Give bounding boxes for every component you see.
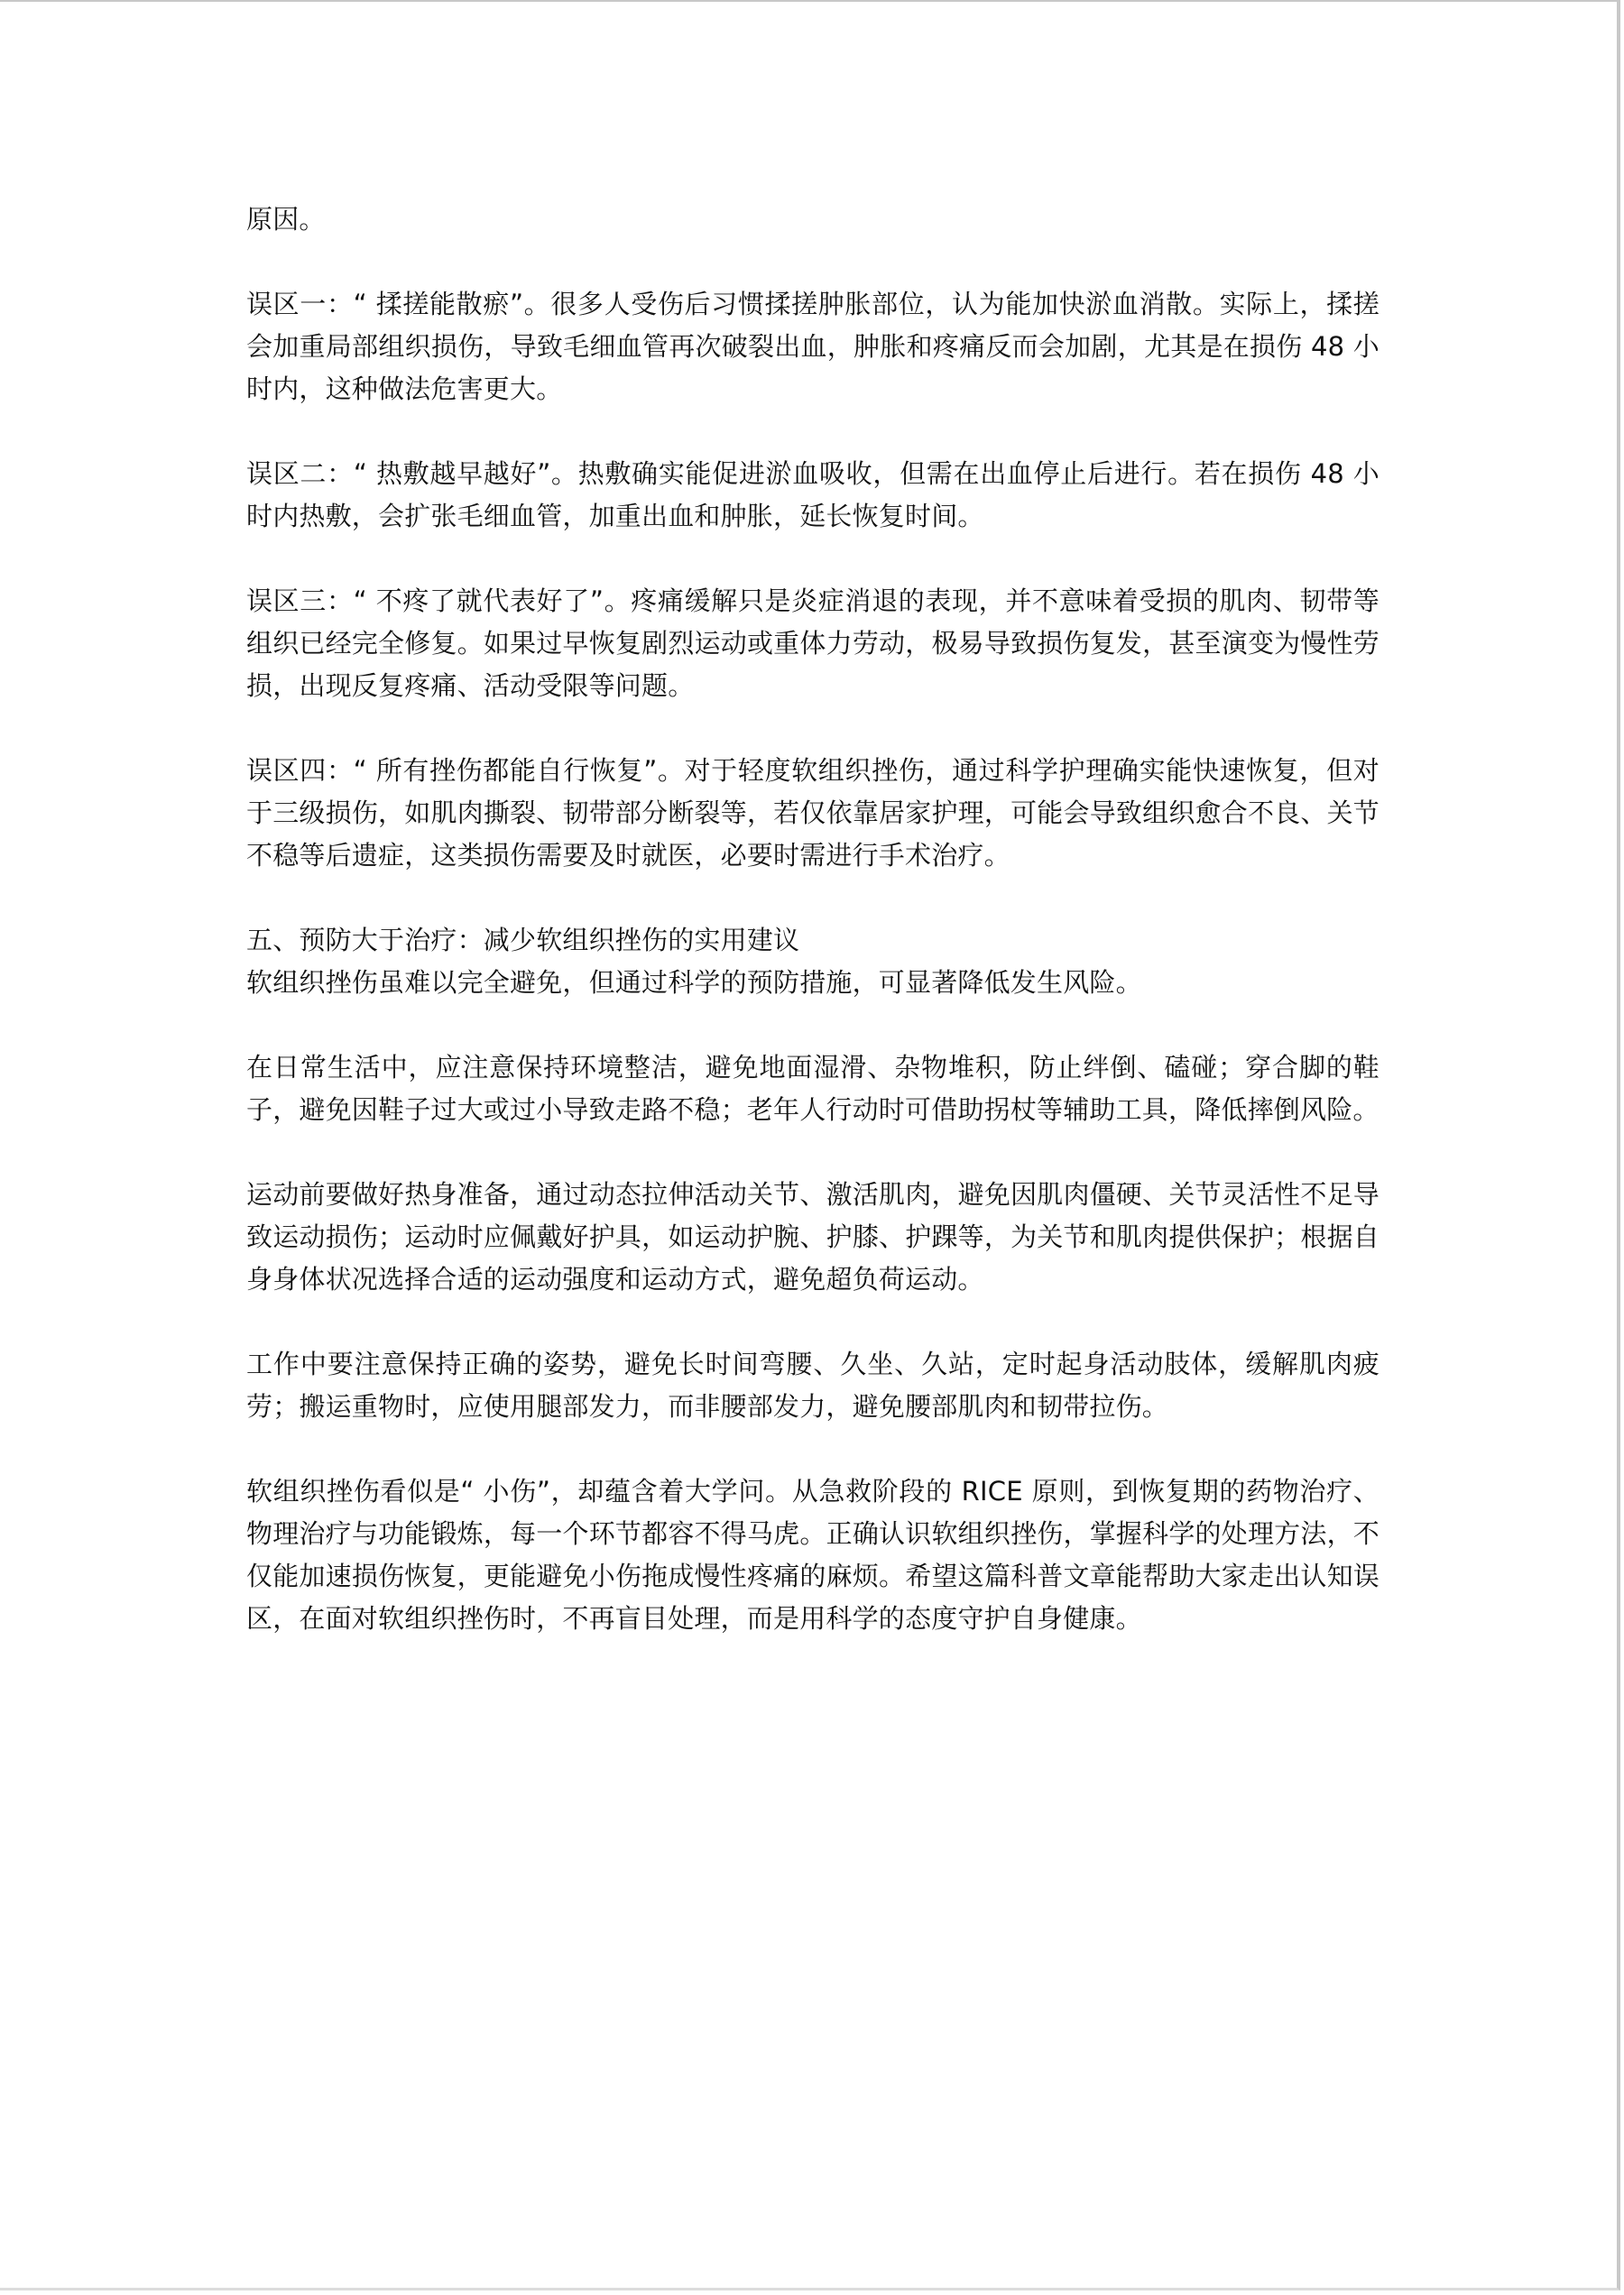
paragraph-myth-1: 误区一：“ 揉搓能散瘀”。很多人受伤后习惯揉搓肿胀部位，认为能加快淤血消散。实际…: [246, 283, 1379, 410]
paragraph-work: 工作中要注意保持正确的姿势，避免长时间弯腰、久坐、久站，定时起身活动肢体，缓解肌…: [246, 1343, 1379, 1428]
paragraph-prevention-intro: 软组织挫伤虽难以完全避免，但通过科学的预防措施，可显著降低发生风险。: [246, 962, 1379, 1004]
section-heading-prevention: 五、预防大于治疗：减少软组织挫伤的实用建议: [246, 919, 1379, 962]
paragraph-myth-2: 误区二：“ 热敷越早越好”。热敷确实能促进淤血吸收，但需在出血停止后进行。若在损…: [246, 453, 1379, 538]
paragraph-daily-life: 在日常生活中，应注意保持环境整洁，避免地面湿滑、杂物堆积，防止绊倒、磕碰；穿合脚…: [246, 1046, 1379, 1131]
paragraph-exercise: 运动前要做好热身准备，通过动态拉伸活动关节、激活肌肉，避免因肌肉僵硬、关节灵活性…: [246, 1174, 1379, 1301]
paragraph-cause-ending: 原因。: [246, 198, 1379, 241]
document-page: 原因。 误区一：“ 揉搓能散瘀”。很多人受伤后习惯揉搓肿胀部位，认为能加快淤血消…: [0, 0, 1620, 2290]
paragraph-conclusion: 软组织挫伤看似是“ 小伤”，却蕴含着大学问。从急救阶段的 RICE 原则，到恢复…: [246, 1470, 1379, 1640]
paragraph-myth-3: 误区三：“ 不疼了就代表好了”。疼痛缓解只是炎症消退的表现，并不意味着受损的肌肉…: [246, 580, 1379, 707]
paragraph-myth-4: 误区四：“ 所有挫伤都能自行恢复”。对于轻度软组织挫伤，通过科学护理确实能快速恢…: [246, 750, 1379, 877]
document-body: 原因。 误区一：“ 揉搓能散瘀”。很多人受伤后习惯揉搓肿胀部位，认为能加快淤血消…: [246, 198, 1379, 1640]
